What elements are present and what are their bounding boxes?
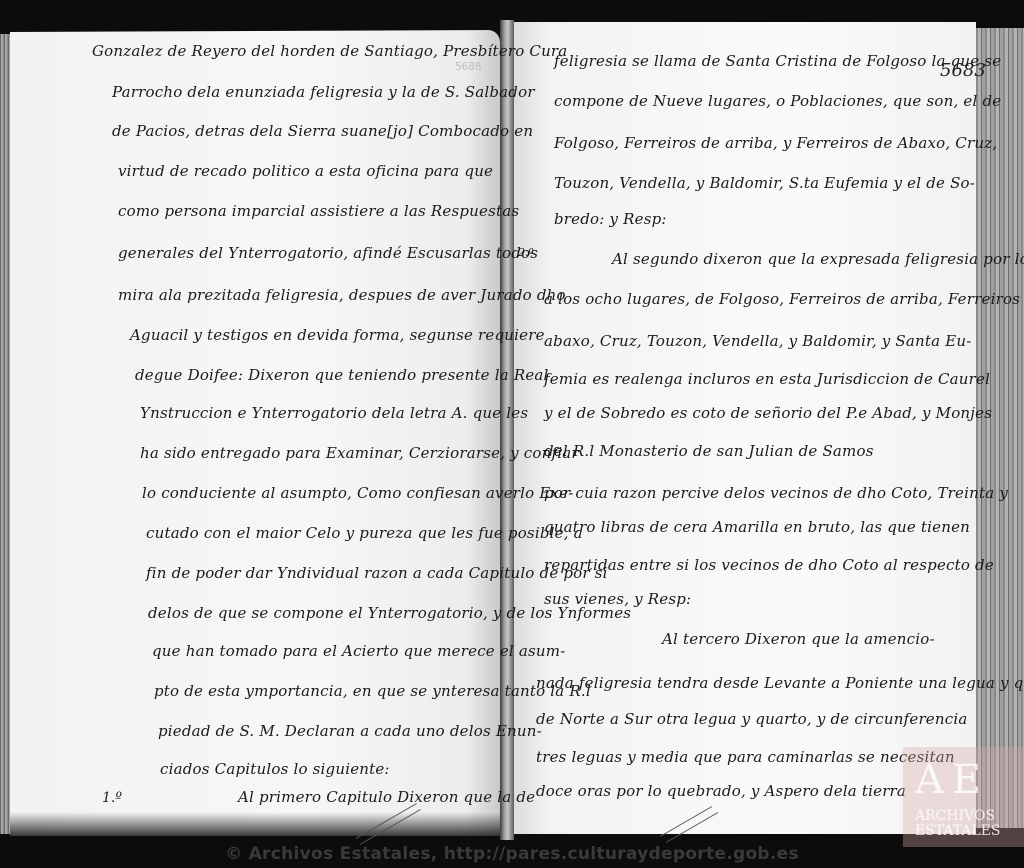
left-line: generales del Ynterrogatorio, afindé Esc…: [118, 244, 538, 262]
page-bottom-shadow: [10, 812, 500, 842]
left-line: que han tomado para el Acierto que merec…: [152, 642, 565, 660]
logo-text: ARCHIVOS ESTATALES: [915, 809, 1001, 839]
right-line: de Norte a Sur otra legua y quarto, y de…: [536, 710, 968, 728]
right-line: abaxo, Cruz, Touzon, Vendella, y Baldomi…: [544, 332, 972, 350]
left-line: Ynstruccion e Ynterrogatorio dela letra …: [140, 404, 528, 422]
right-line: Al segundo dixeron que la expresada feli…: [612, 250, 1024, 268]
right-line: del R.l Monasterio de san Julian de Samo…: [544, 442, 874, 460]
left-line: degue Doifee: Dixeron que teniendo prese…: [135, 366, 549, 384]
right-line: bredo: y Resp:: [554, 210, 667, 228]
right-line: feligresia se llama de Santa Cristina de…: [554, 52, 1001, 70]
logo-text-line-2: ESTATALES: [915, 824, 1001, 839]
left-page: [10, 30, 500, 836]
right-line: tres leguas y media que para caminarlas …: [536, 748, 955, 766]
right-line: por cuia razon percive delos vecinos de …: [544, 484, 1008, 502]
right-line: Touzon, Vendella, y Baldomir, S.ta Eufem…: [554, 174, 975, 192]
left-line: de Pacios, detras dela Sierra suane[jo] …: [112, 122, 533, 140]
right-line: compone de Nueve lugares, o Poblaciones,…: [554, 92, 1001, 110]
right-line: a los ocho lugares, de Folgoso, Ferreiro…: [544, 290, 1024, 308]
right-line: Al tercero Dixeron que la amencio-: [662, 630, 935, 648]
left-line: pto de esta ymportancia, en que se ynter…: [154, 682, 591, 700]
right-line: y el de Sobredo es coto de señorio del P…: [544, 404, 992, 422]
logo-text-line-1: ARCHIVOS: [915, 809, 1001, 824]
left-line: fin de poder dar Yndividual razon a cada…: [146, 564, 608, 582]
left-line: Gonzalez de Reyero del horden de Santiag…: [92, 42, 567, 60]
right-line: repartidas entre si los vecinos de dho C…: [544, 556, 994, 574]
faint-folio-number: 5688: [455, 60, 482, 73]
archivos-estatales-logo: AE ARCHIVOS ESTATALES: [903, 747, 1024, 847]
right-margin-note: 2.º: [518, 246, 534, 259]
copyright-watermark: © Archivos Estatales, http://pares.cultu…: [0, 840, 1024, 868]
left-margin-note: 1.º: [102, 790, 122, 806]
left-line: ciados Capitulos lo siguiente:: [160, 760, 390, 778]
left-line: Al primero Capitulo Dixeron que la de: [238, 788, 535, 806]
logo-letters: AE: [915, 757, 989, 803]
right-line: doce oras por lo quebrado, y Aspero dela…: [536, 782, 906, 800]
right-line: Folgoso, Ferreiros de arriba, y Ferreiro…: [554, 134, 997, 152]
left-line: Parrocho dela enunziada feligresia y la …: [112, 83, 535, 101]
right-line: femia es realenga incluros en esta Juris…: [544, 370, 990, 388]
left-line: piedad de S. M. Declaran a cada uno delo…: [158, 722, 542, 740]
right-line: sus vienes, y Resp:: [544, 590, 691, 608]
left-line: como persona imparcial assistiere a las …: [118, 202, 519, 220]
left-line: mira ala prezitada feligresia, despues d…: [118, 286, 566, 304]
left-line: virtud de recado politico a esta oficina…: [118, 162, 493, 180]
right-line: nada feligresia tendra desde Levante a P…: [536, 674, 1024, 692]
manuscript-scan: 5688 Gonzalez de Reyero del horden de Sa…: [0, 0, 1024, 868]
right-line: quatro libras de cera Amarilla en bruto,…: [544, 518, 970, 536]
left-line: Aguacil y testigos en devida forma, segu…: [130, 326, 545, 344]
book-gutter: [500, 20, 514, 840]
left-page-edges: [0, 34, 10, 834]
left-line: cutado con el maior Celo y pureza que le…: [146, 524, 583, 542]
left-line: ha sido entregado para Examinar, Cerzior…: [140, 444, 579, 462]
left-line: lo conduciente al asumpto, Como confiesa…: [142, 484, 574, 502]
